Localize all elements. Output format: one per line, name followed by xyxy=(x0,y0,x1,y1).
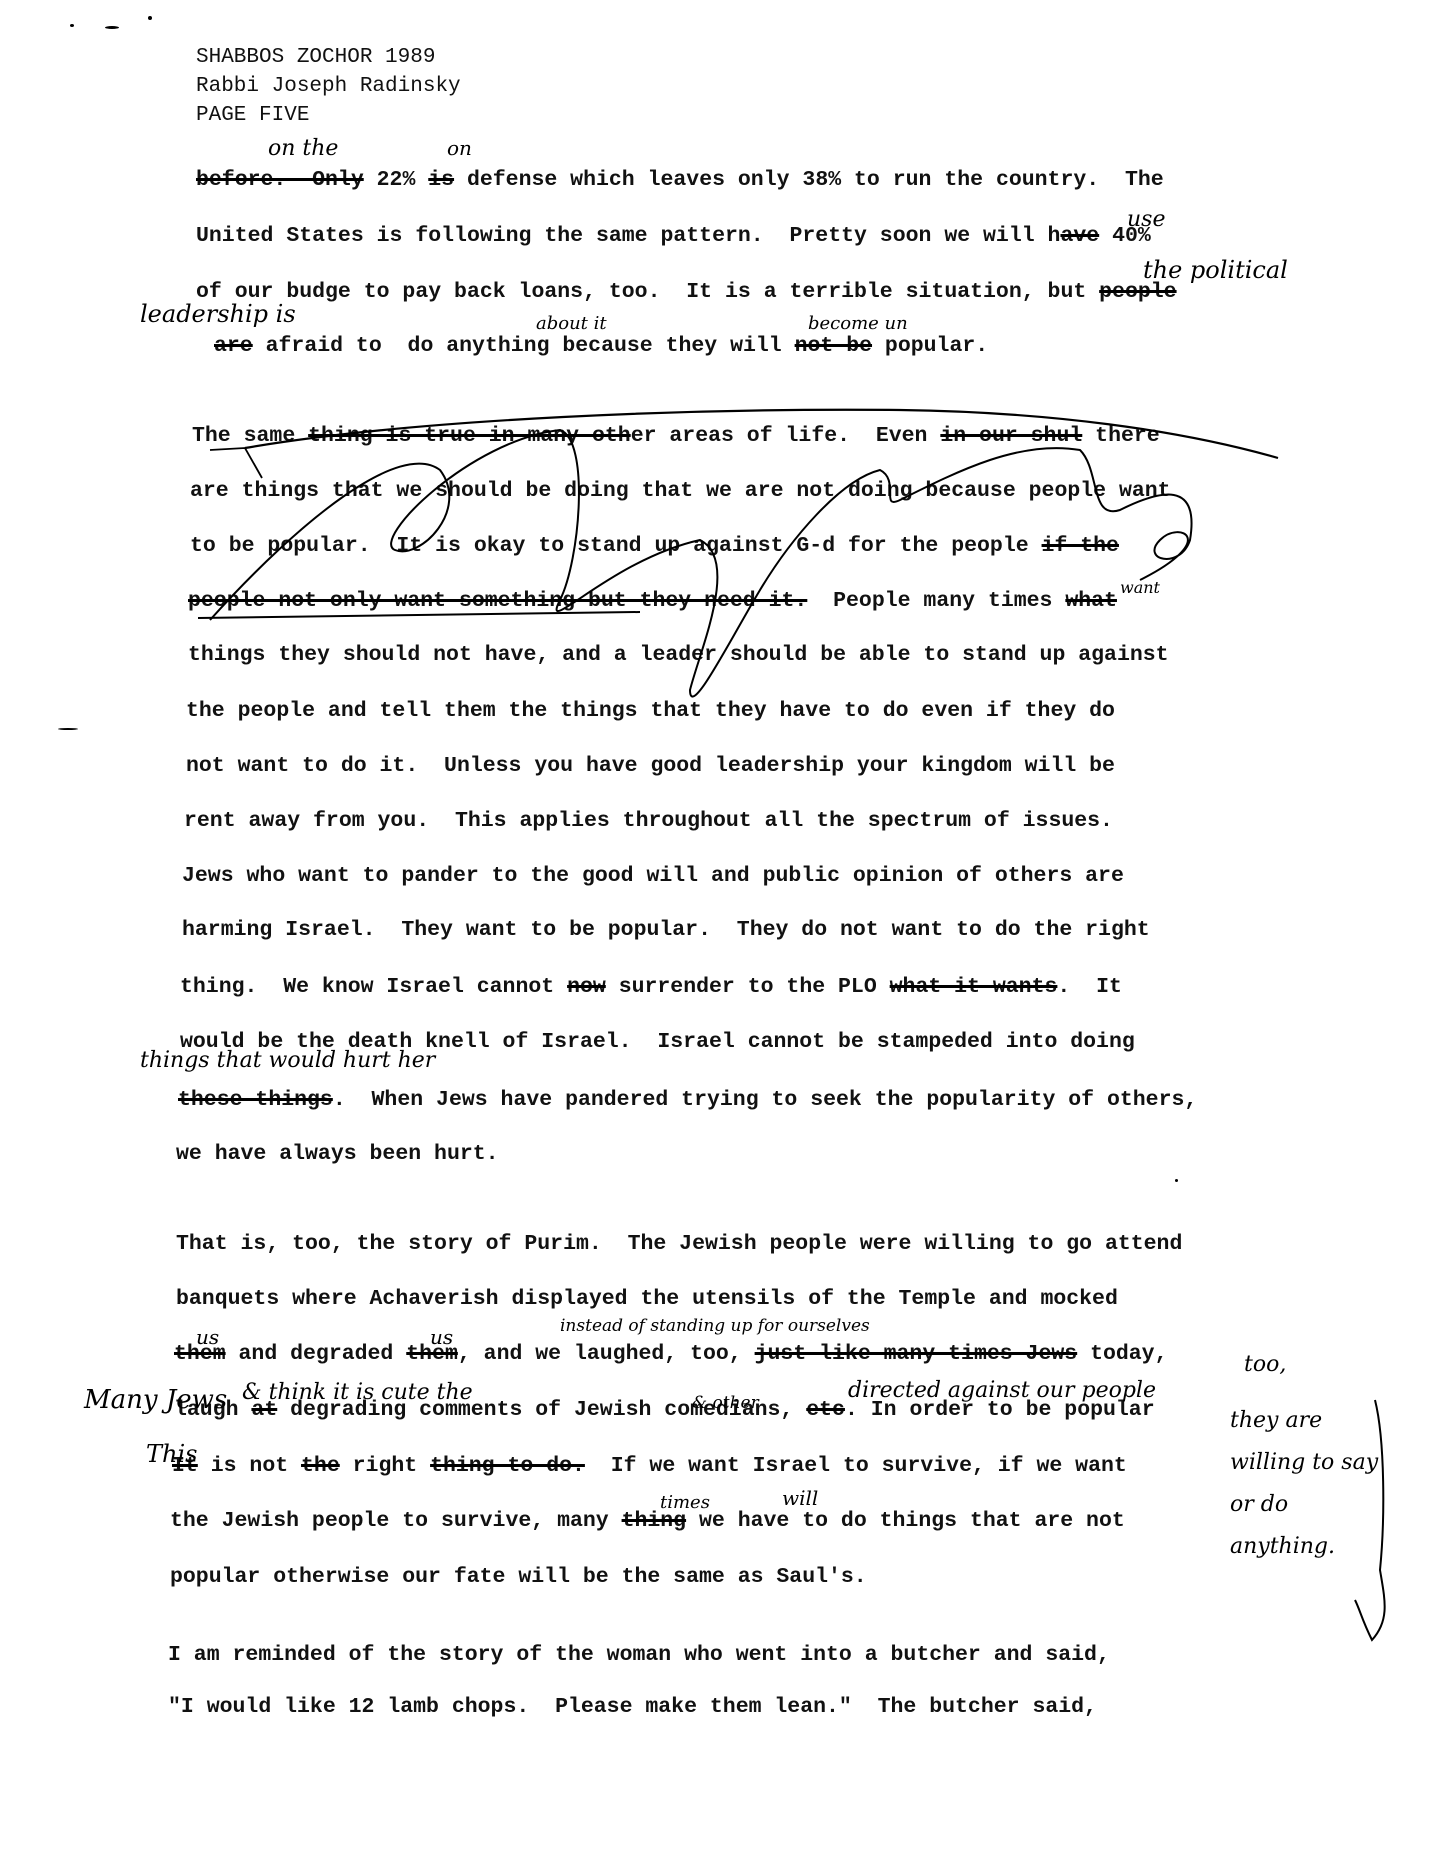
text-line: It is not the right thing to do. If we w… xyxy=(172,1454,1127,1478)
annotation-use: use xyxy=(1127,207,1165,232)
struck-text: if the xyxy=(1042,534,1119,558)
annotation-us-1: us xyxy=(196,1325,219,1349)
annotation-things-that-would-hurt-her: things that would hurt her xyxy=(140,1048,435,1073)
text-segment: afraid to do anything because they will xyxy=(253,334,795,358)
text-line: rent away from you. This applies through… xyxy=(184,809,1113,833)
text-segment: defense which leaves only 38% to run the… xyxy=(454,168,1164,192)
text-segment: things they should not have, and a leade… xyxy=(188,643,1169,667)
annotation-directed-against: directed against our people xyxy=(848,1378,1156,1403)
struck-text: in our shul xyxy=(940,424,1082,448)
text-line: of our budge to pay back loans, too. It … xyxy=(196,280,1177,304)
annotation-instead-of-standing: instead of standing up for ourselves xyxy=(560,1316,870,1336)
scan-speck xyxy=(58,728,78,730)
text-segment: the Jewish people to survive, many xyxy=(170,1509,622,1533)
text-segment: and degraded xyxy=(226,1342,407,1366)
text-line: are afraid to do anything because they w… xyxy=(214,334,988,358)
text-line: the people and tell them the things that… xyxy=(186,699,1115,723)
text-segment: er areas of life. Even xyxy=(631,424,941,448)
text-segment: popular otherwise our fate will be the s… xyxy=(170,1565,867,1589)
annotation-other: & other xyxy=(692,1393,759,1413)
text-line: That is, too, the story of Purim. The Je… xyxy=(176,1232,1182,1256)
struck-text: thing to do. xyxy=(430,1454,585,1478)
text-segment: right xyxy=(340,1454,430,1478)
annotation-want: want xyxy=(1120,578,1160,597)
text-line: people not only want something but they … xyxy=(188,589,1117,613)
text-line: things they should not have, and a leade… xyxy=(188,643,1169,667)
text-line: them and degraded them, and we laughed, … xyxy=(174,1342,1168,1366)
text-line: the Jewish people to survive, many thing… xyxy=(170,1509,1125,1533)
struck-text: what xyxy=(1065,589,1117,613)
text-segment: The same xyxy=(192,424,308,448)
struck-text: is xyxy=(428,168,454,192)
struck-text: ave xyxy=(1060,224,1099,248)
annotation-become-un: become un xyxy=(808,313,908,334)
struck-text: thing is true in many oth xyxy=(308,424,631,448)
text-segment: If we want Israel to survive, if we want xyxy=(585,1454,1127,1478)
annotation-times: times xyxy=(660,1492,710,1513)
struck-text: these things xyxy=(178,1088,333,1112)
scan-speck xyxy=(70,24,74,27)
text-line: The same thing is true in many other are… xyxy=(192,424,1160,448)
struck-text: the xyxy=(301,1454,340,1478)
page-label: PAGE FIVE xyxy=(196,104,309,127)
text-segment: popular. xyxy=(872,334,988,358)
text-line: United States is following the same patt… xyxy=(196,224,1151,248)
text-line: I am reminded of the story of the woman … xyxy=(168,1643,1110,1667)
text-line: harming Israel. They want to be popular.… xyxy=(182,918,1150,942)
text-segment: there xyxy=(1082,424,1159,448)
struck-text: before. Only xyxy=(196,168,364,192)
text-segment: is not xyxy=(198,1454,301,1478)
text-line: popular otherwise our fate will be the s… xyxy=(170,1565,867,1589)
text-segment: United States is following the same patt… xyxy=(196,224,1060,248)
annotation-leadership-is: leadership is xyxy=(140,300,296,328)
text-segment: to be popular. It is okay to stand up ag… xyxy=(190,534,1042,558)
text-segment: we have to do things that are not xyxy=(686,1509,1125,1533)
text-segment: 22% xyxy=(364,168,429,192)
struck-text: not be xyxy=(795,334,872,358)
document-author: Rabbi Joseph Radinsky xyxy=(196,75,461,98)
text-segment: , and we laughed, too, xyxy=(458,1342,755,1366)
scan-speck xyxy=(1175,1179,1178,1182)
annotation-about-it: about it xyxy=(536,313,607,334)
struck-text: just like many times Jews xyxy=(755,1342,1078,1366)
annotation-think-it-is-cute: & think it is cute the xyxy=(242,1380,473,1405)
text-segment: Jews who want to pander to the good will… xyxy=(182,864,1124,888)
struck-text: are xyxy=(214,334,253,358)
text-segment: surrender to the PLO xyxy=(606,975,890,999)
text-segment: I am reminded of the story of the woman … xyxy=(168,1643,1110,1667)
annotation-too: too, xyxy=(1244,1352,1286,1377)
text-segment: today, xyxy=(1077,1342,1167,1366)
document-page: SHABBOS ZOCHOR 1989 Rabbi Joseph Radinsk… xyxy=(0,0,1430,1851)
annotation-this: This xyxy=(146,1440,197,1468)
text-segment: thing. We know Israel cannot xyxy=(180,975,567,999)
annotation-will: will xyxy=(782,1486,818,1510)
text-segment: . When Jews have pandered trying to seek… xyxy=(333,1088,1197,1112)
text-segment: People many times xyxy=(807,589,1065,613)
text-segment: That is, too, the story of Purim. The Je… xyxy=(176,1232,1182,1256)
struck-text: now xyxy=(567,975,606,999)
text-segment: not want to do it. Unless you have good … xyxy=(186,754,1115,778)
document-title: SHABBOS ZOCHOR 1989 xyxy=(196,46,435,69)
text-line: banquets where Achaverish displayed the … xyxy=(176,1287,1118,1311)
annotation-on-the: on the xyxy=(268,136,338,161)
annotation-say-or-do-anything: they are willing to say or do anything. xyxy=(1230,1400,1380,1568)
annotation-many-jews: Many Jews xyxy=(84,1385,227,1415)
text-segment: "I would like 12 lamb chops. Please make… xyxy=(168,1695,1097,1719)
struck-text: people not only want something but they … xyxy=(188,589,807,613)
scan-speck xyxy=(148,16,152,20)
struck-text: what it wants xyxy=(890,975,1058,999)
text-line: Jews who want to pander to the good will… xyxy=(182,864,1124,888)
text-segment: of our budge to pay back loans, too. It … xyxy=(196,280,1099,304)
text-segment: are things that we should be doing that … xyxy=(190,479,1171,503)
text-line: not want to do it. Unless you have good … xyxy=(186,754,1115,778)
struck-text: etc xyxy=(806,1398,845,1422)
text-segment: banquets where Achaverish displayed the … xyxy=(176,1287,1118,1311)
text-line: are things that we should be doing that … xyxy=(190,479,1171,503)
annotation-us-2: us xyxy=(430,1325,453,1349)
text-line: thing. We know Israel cannot now surrend… xyxy=(180,975,1122,999)
annotation-on: on xyxy=(447,136,472,160)
text-segment: harming Israel. They want to be popular.… xyxy=(182,918,1150,942)
text-line: we have always been hurt. xyxy=(176,1142,499,1166)
text-line: these things. When Jews have pandered tr… xyxy=(178,1088,1197,1112)
text-segment: rent away from you. This applies through… xyxy=(184,809,1113,833)
text-line: to be popular. It is okay to stand up ag… xyxy=(190,534,1119,558)
text-segment: the people and tell them the things that… xyxy=(186,699,1115,723)
text-line: "I would like 12 lamb chops. Please make… xyxy=(168,1695,1097,1719)
scan-speck xyxy=(105,26,119,29)
text-segment: . It xyxy=(1057,975,1122,999)
text-line: before. Only 22% is defense which leaves… xyxy=(196,168,1164,192)
text-segment: we have always been hurt. xyxy=(176,1142,499,1166)
annotation-the-political: the political xyxy=(1143,256,1288,284)
